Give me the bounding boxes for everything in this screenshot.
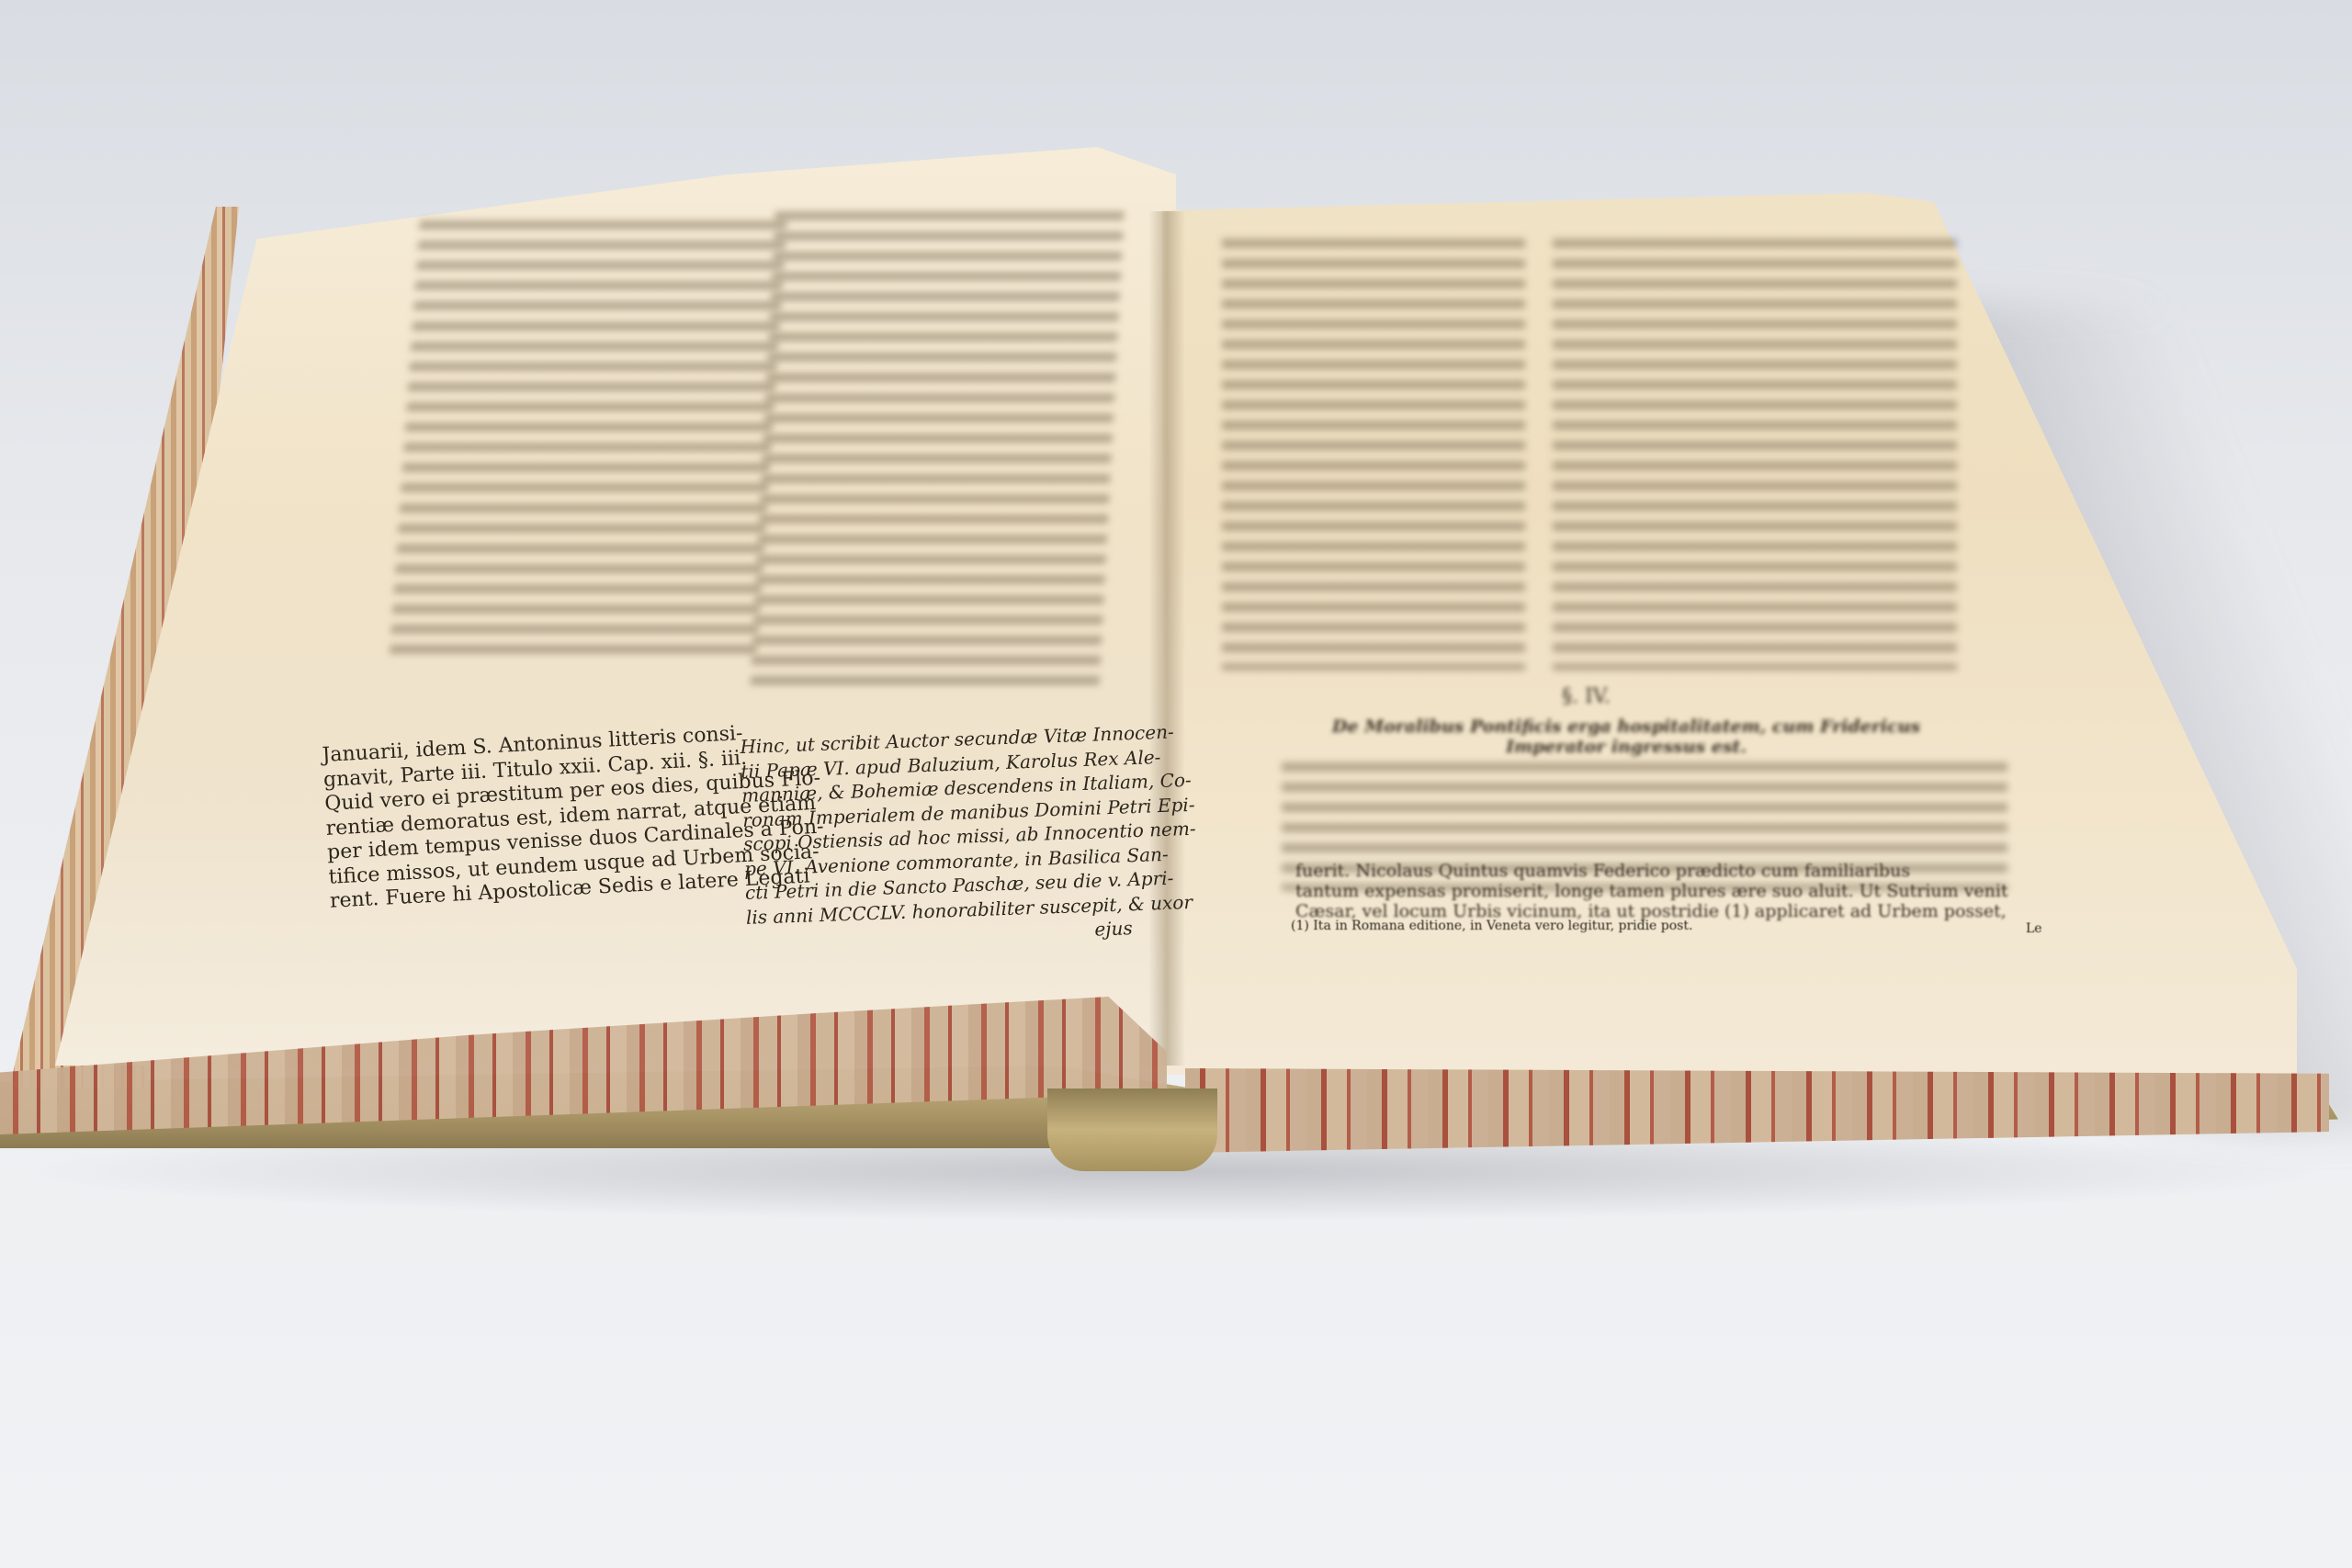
right-col1-blurred-text [1222,239,1525,671]
text-line: fuerit. Nicolaus Quintus quamvis Federic… [1295,861,2008,881]
right-body-text: fuerit. Nicolaus Quintus quamvis Federic… [1295,861,2008,921]
text-line: tantum expensas promiserit, longe tamen … [1295,881,2008,901]
book-spine [1047,1089,1217,1171]
right-col2-blurred-text [1553,239,1957,671]
section-title: De Moralibus Pontificis erga hospitalita… [1305,716,1948,757]
book-gutter [1148,211,1185,1066]
left-col1-blurred-text [389,220,787,661]
book-photo: Januarii, idem S. Antoninus litteris con… [0,0,2352,1568]
section-heading: §. IV. [1562,687,1611,707]
left-column-2-text: Hinc, ut scribit Auctor secundæ Vitæ Inn… [740,721,1133,953]
left-column-1-text: Januarii, idem S. Antoninus litteris con… [322,722,752,914]
left-col2-blurred-text [750,211,1124,689]
footnote: (1) Ita in Romana editione, in Veneta ve… [1291,919,1692,933]
section-mark: §. IV. [1562,687,1611,707]
catchword-right: Le [2026,921,2042,936]
